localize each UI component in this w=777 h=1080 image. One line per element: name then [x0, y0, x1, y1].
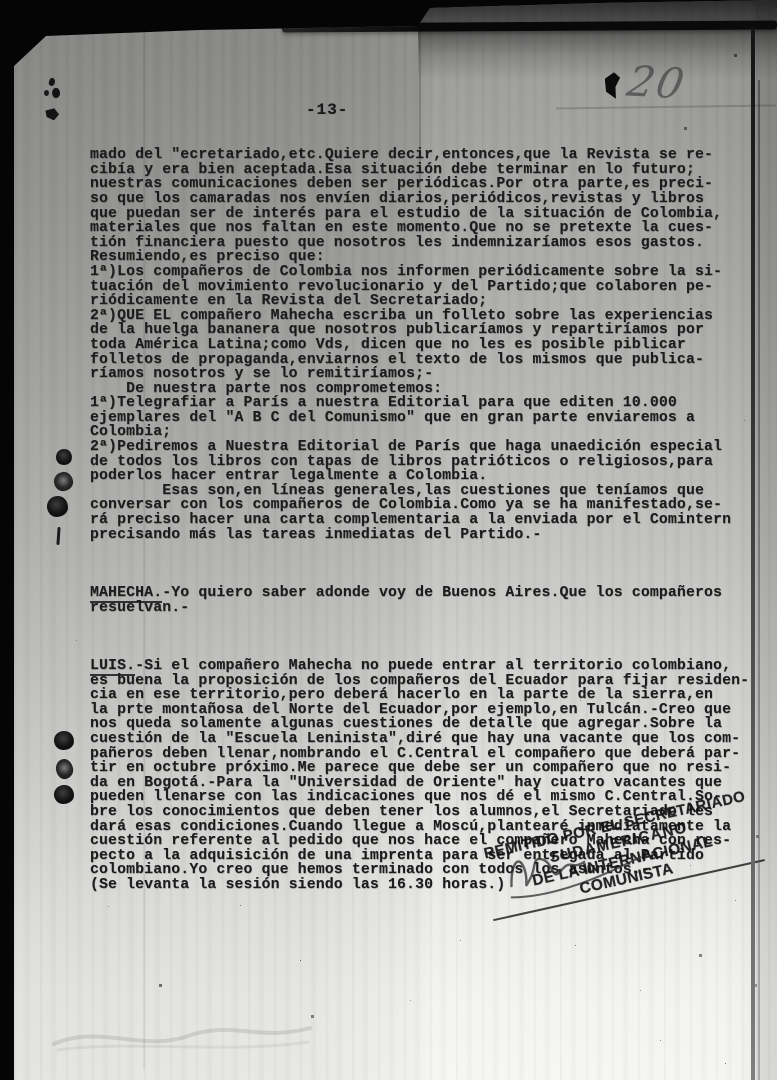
punch-hole-mark [53, 730, 75, 751]
punch-hole-mark [53, 471, 74, 492]
speech-text: -Yo quiero saber adonde voy de Buenos Ai… [90, 585, 722, 616]
right-edge-tint [756, 0, 777, 1080]
document-page: -13- mado del "ecretariado,etc.Quiere de… [0, 0, 777, 1080]
dust-specks [0, 0, 1, 1]
ink-speck [44, 107, 60, 121]
punch-hole-mark [54, 785, 74, 804]
ink-speck [44, 90, 49, 96]
punch-hole-mark [55, 448, 74, 467]
page-edge-line [751, 28, 755, 1080]
ink-speck [51, 87, 61, 99]
page-number: -13- [306, 101, 348, 119]
speech-mahecha: MAHECHA.-Yo quiero saber adonde voy de B… [90, 586, 762, 615]
scan-shadow [418, 0, 777, 80]
pencil-line [556, 104, 776, 109]
ink-tick [56, 527, 60, 545]
punch-hole-mark [54, 758, 74, 781]
typed-paragraph: mado del "ecretariado,etc.Quiere decir,e… [90, 148, 762, 542]
faint-pencil-scribble [48, 1012, 318, 1056]
edge-mark [6, 77, 9, 81]
edge-mark [9, 88, 13, 92]
ink-speck [48, 77, 56, 87]
punch-hole-mark [47, 496, 68, 517]
typed-text: mado del "ecretariado,etc.Quiere decir,e… [90, 119, 762, 922]
